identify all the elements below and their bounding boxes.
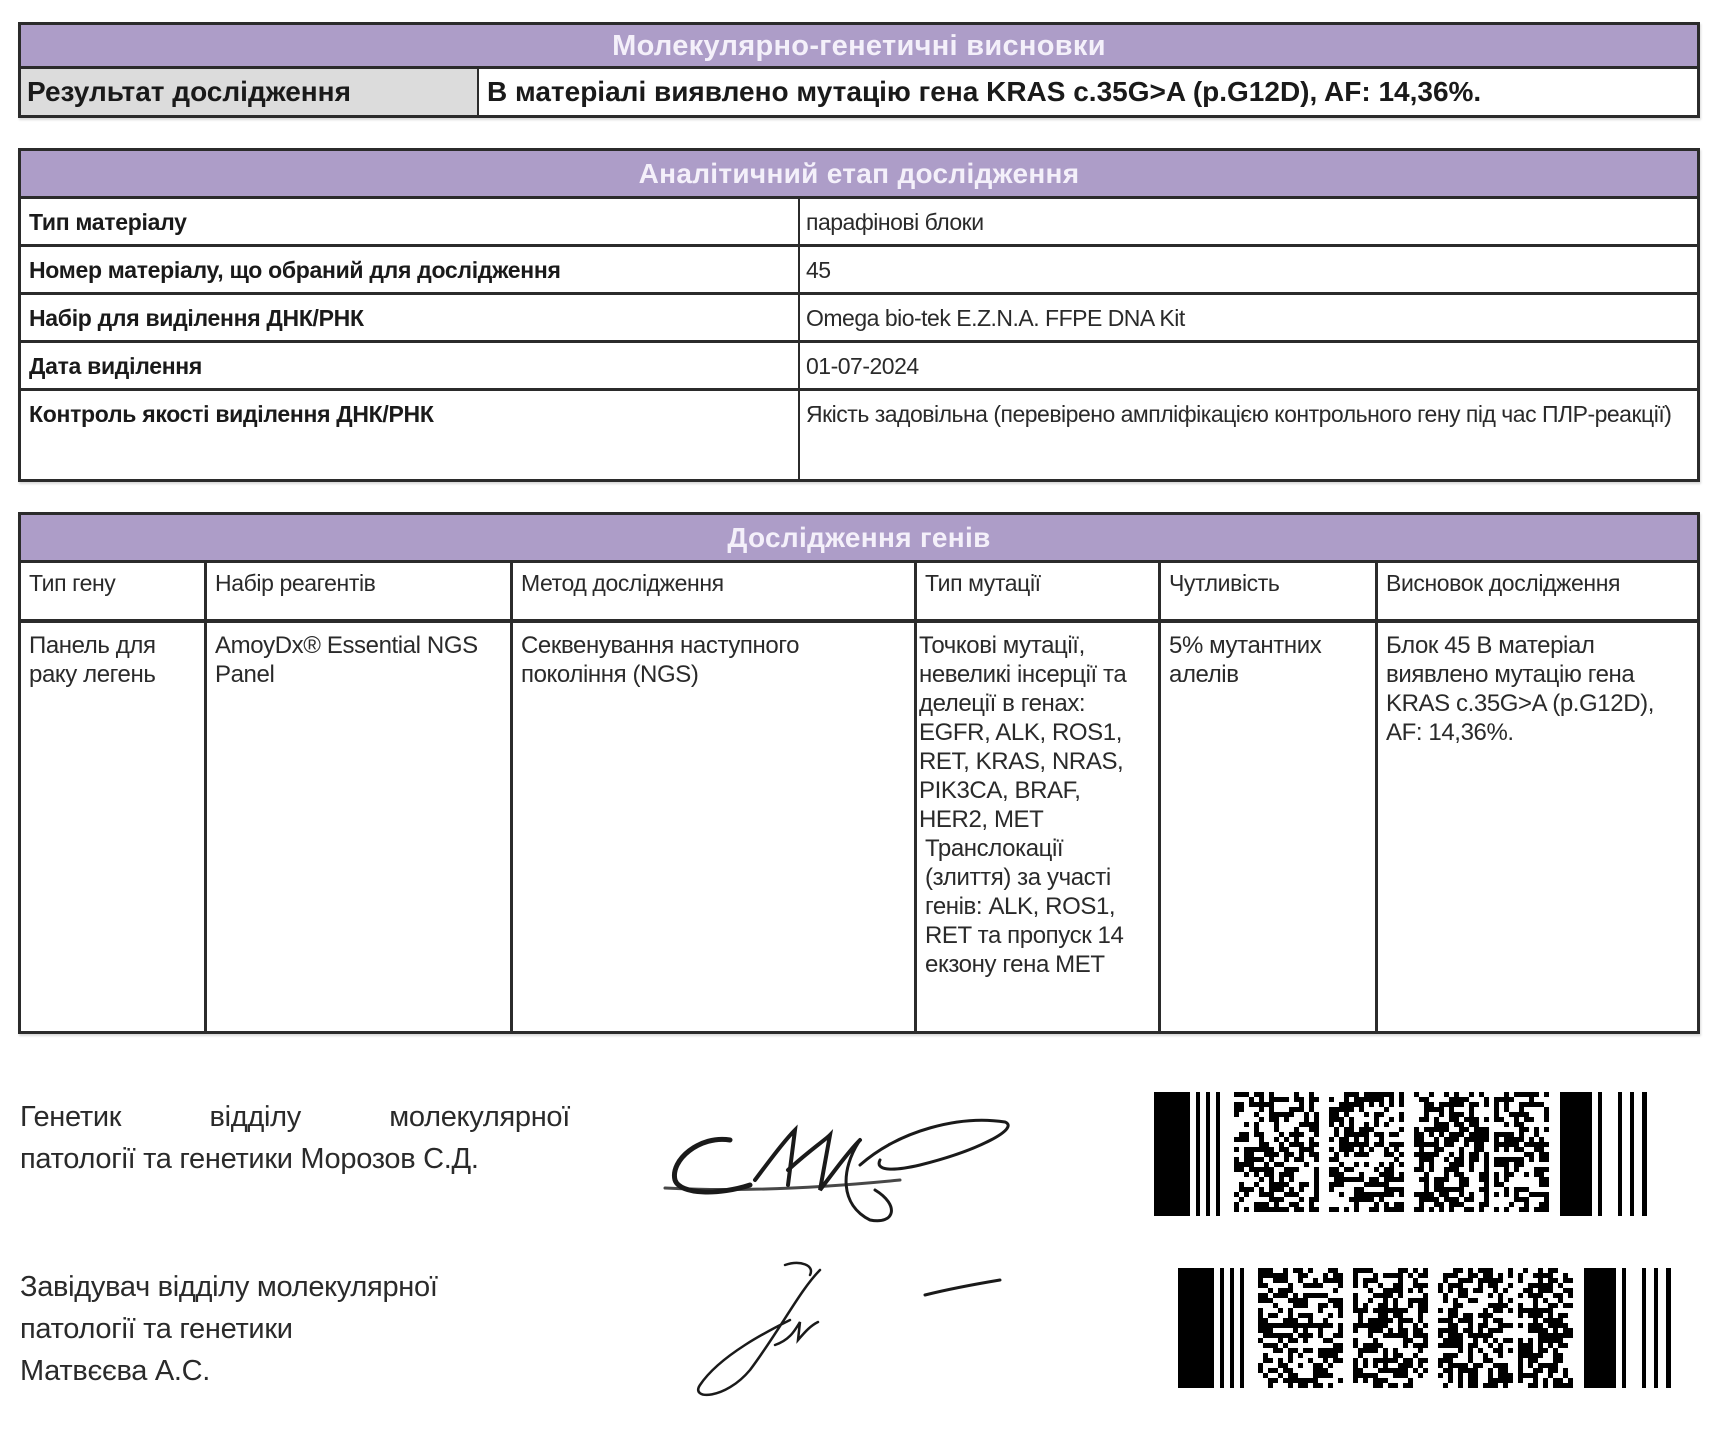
material-type-value: парафінові блоки	[800, 199, 1697, 244]
barcode-2	[1176, 1266, 1696, 1390]
head-name: Матвєєва А.С.	[20, 1350, 540, 1392]
result-value: В матеріалі виявлено мутацію гена KRAS c…	[479, 69, 1697, 115]
result-label: Результат дослідження	[21, 69, 479, 115]
barcode-1	[1152, 1090, 1672, 1218]
analytical-title: Аналітичний етап дослідження	[21, 151, 1697, 199]
geneticist-word: молекулярної	[389, 1096, 570, 1138]
quality-control-label: Контроль якості виділення ДНК/РНК	[21, 391, 800, 479]
conclusions-title: Молекулярно-генетичні висновки	[21, 25, 1697, 69]
extraction-date-value: 01-07-2024	[800, 343, 1697, 388]
head-signature-text: Завідувач відділу молекулярної патології…	[20, 1266, 540, 1392]
geneticist-word: Генетик	[20, 1096, 121, 1138]
analytical-table: Аналітичний етап дослідження Тип матеріа…	[18, 148, 1700, 482]
table-row: Набір для виділення ДНК/РНК Omega bio-te…	[21, 295, 1697, 343]
method-cell: Секвенування наступного покоління (NGS)	[513, 623, 917, 1031]
head-title-line2: патології та генетики	[20, 1308, 540, 1350]
extraction-kit-value: Omega bio-tek E.Z.N.A. FFPE DNA Kit	[800, 295, 1697, 340]
geneticist-handwritten-signature	[660, 1110, 1060, 1230]
table-row: Номер матеріалу, що обраний для дослідже…	[21, 247, 1697, 295]
table-row: Контроль якості виділення ДНК/РНК Якість…	[21, 391, 1697, 479]
conclusion-cell: Блок 45 В матеріал виявлено мутацію гена…	[1378, 623, 1697, 1031]
mutation-type-point: Точкові мутації, невеликі інсерції та де…	[919, 631, 1150, 834]
result-row: Результат дослідження В матеріалі виявле…	[21, 69, 1697, 115]
material-number-label: Номер матеріалу, що обраний для дослідже…	[21, 247, 800, 292]
gene-type-cell: Панель для раку легень	[21, 623, 207, 1031]
column-header-reagent-kit: Набір реагентів	[207, 563, 513, 623]
quality-control-value: Якість задовільна (перевірено ампліфікац…	[800, 391, 1697, 479]
genes-title: Дослідження генів	[21, 515, 1697, 563]
material-number-value: 45	[800, 247, 1697, 292]
table-row: Дата виділення 01-07-2024	[21, 343, 1697, 391]
geneticist-word: відділу	[209, 1096, 300, 1138]
column-header-mutation-type: Тип мутації	[917, 563, 1161, 623]
sensitivity-cell: 5% мутантних алелів	[1161, 623, 1378, 1031]
table-row: Тип матеріалу парафінові блоки	[21, 199, 1697, 247]
geneticist-name: патології та генетики Морозов С.Д.	[20, 1138, 570, 1180]
reagent-kit-cell: AmoyDx® Essential NGS Panel	[207, 623, 513, 1031]
column-header-gene-type: Тип гену	[21, 563, 207, 623]
material-type-label: Тип матеріалу	[21, 199, 800, 244]
column-header-sensitivity: Чутливість	[1161, 563, 1378, 623]
mutation-type-translocation: Транслокації (злиття) за участі генів: A…	[919, 834, 1150, 979]
column-header-conclusion: Висновок дослідження	[1378, 563, 1697, 623]
mutation-type-cell: Точкові мутації, невеликі інсерції та де…	[917, 623, 1161, 1031]
column-header-method: Метод дослідження	[513, 563, 917, 623]
extraction-kit-label: Набір для виділення ДНК/РНК	[21, 295, 800, 340]
extraction-date-label: Дата виділення	[21, 343, 800, 388]
genes-table: Дослідження генів Тип гену Набір реагент…	[18, 512, 1700, 1034]
geneticist-signature-text: Генетик відділу молекулярної патології т…	[20, 1096, 570, 1180]
conclusions-table: Молекулярно-генетичні висновки Результат…	[18, 22, 1700, 118]
head-title-line1: Завідувач відділу молекулярної	[20, 1266, 540, 1308]
head-handwritten-signature	[670, 1260, 1030, 1400]
